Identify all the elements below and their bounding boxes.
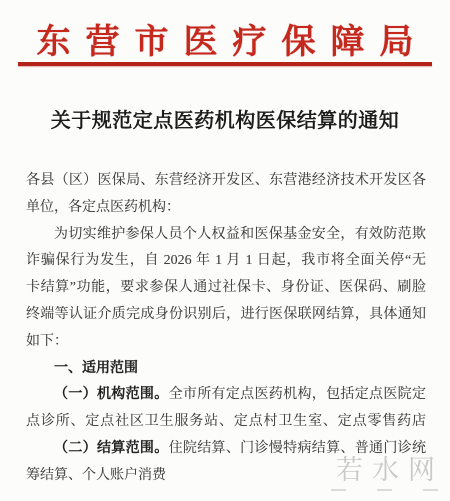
- body-line: 卡结算”功能，要求参保人通过社保卡、身份证、医保码、刷脸: [26, 275, 426, 302]
- item-label: （一）机构范围。: [54, 387, 169, 402]
- agency-header: 东营市医疗保障局: [0, 14, 450, 63]
- body-line: 终端等认证介质完成身份识别后，进行医保联网结算，具体通知: [26, 302, 426, 329]
- salutation-line: 各县（区）医保局、东营经济开发区、东营港经济技术开发区各: [26, 168, 426, 195]
- salutation-line: 单位，各定点医药机构：: [26, 195, 426, 222]
- red-header-rule: [18, 62, 432, 66]
- watermark-text: 若水网: [327, 448, 444, 487]
- body-line: （一）机构范围。全市所有定点医药机构，包括定点医院定: [26, 382, 426, 409]
- item-text: 全市所有定点医药机构，包括定点医院定: [169, 387, 426, 402]
- body-line: 为切实维护参保人员个人权益和医保基金安全，有效防范欺: [26, 222, 426, 249]
- body-line: 点诊所、定点社区卫生服务站、定点村卫生室、定点零售药店等。: [26, 409, 426, 436]
- section-heading: 一、适用范围: [26, 356, 426, 383]
- document-title: 关于规范定点医药机构医保结算的通知: [0, 104, 450, 133]
- watermark-underline: [327, 487, 444, 491]
- document-body: 各县（区）医保局、东营经济开发区、东营港经济技术开发区各 单位，各定点医药机构：…: [26, 168, 426, 490]
- body-line: 如下：: [26, 329, 426, 356]
- document-page: 东营市医疗保障局 关于规范定点医药机构医保结算的通知 各县（区）医保局、东营经济…: [0, 0, 450, 501]
- item-label: （二）结算范围。: [54, 441, 169, 456]
- body-line: 诈骗保行为发生，自 2026 年 1 月 1 日起，我市将全面关停“无: [26, 248, 426, 275]
- watermark: 若水网: [327, 448, 444, 491]
